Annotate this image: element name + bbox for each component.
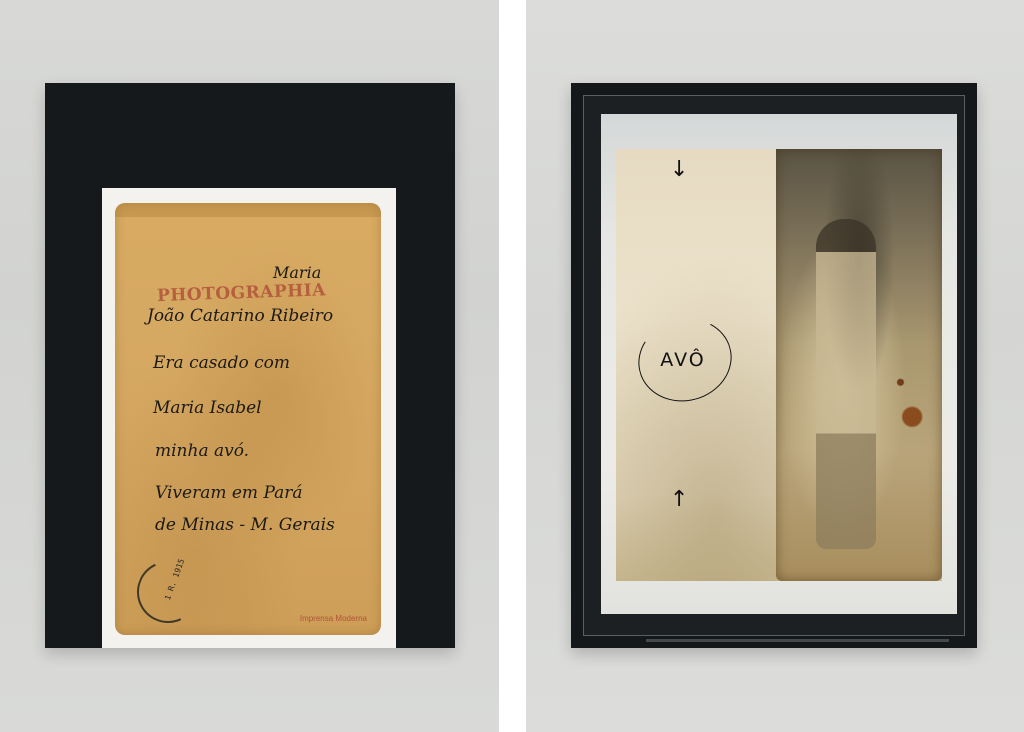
- black-mount: PHOTOGRAPHIA Maria João Catarino Ribeiro…: [45, 83, 455, 648]
- handwriting-line: minha avó.: [155, 441, 249, 461]
- left-photo-panel: PHOTOGRAPHIA Maria João Catarino Ribeiro…: [0, 0, 499, 732]
- woman-holding-child-figure: [816, 219, 876, 549]
- handwriting-line: Viveram em Pará: [155, 483, 303, 503]
- arrow-down-icon: ↓: [670, 159, 688, 181]
- sepia-photograph: [776, 149, 942, 581]
- panel-gutter: [499, 0, 526, 732]
- printed-header: PHOTOGRAPHIA: [157, 280, 338, 306]
- handwriting-line: Maria Isabel: [153, 398, 262, 418]
- handwriting-line: João Catarino Ribeiro: [147, 306, 333, 326]
- white-mat: ↓ AVÔ ↑: [601, 114, 957, 614]
- shadow-box-frame: ↓ AVÔ ↑: [571, 83, 977, 648]
- aged-paper-sheet: ↓ AVÔ ↑: [616, 149, 942, 581]
- handwriting-line: Maria: [273, 263, 321, 282]
- mount-window: PHOTOGRAPHIA Maria João Catarino Ribeiro…: [102, 188, 396, 648]
- photo-card-back: PHOTOGRAPHIA Maria João Catarino Ribeiro…: [115, 203, 381, 635]
- card-top-band: [115, 203, 381, 217]
- annotation-label: AVÔ: [648, 349, 718, 371]
- arrow-up-icon: ↑: [670, 489, 688, 511]
- handwriting-line: Era casado com: [153, 353, 290, 373]
- frame-glass-reflection: [646, 639, 949, 642]
- handwriting-line: de Minas - M. Gerais: [155, 515, 335, 535]
- printer-imprint: Imprensa Moderna: [300, 614, 367, 623]
